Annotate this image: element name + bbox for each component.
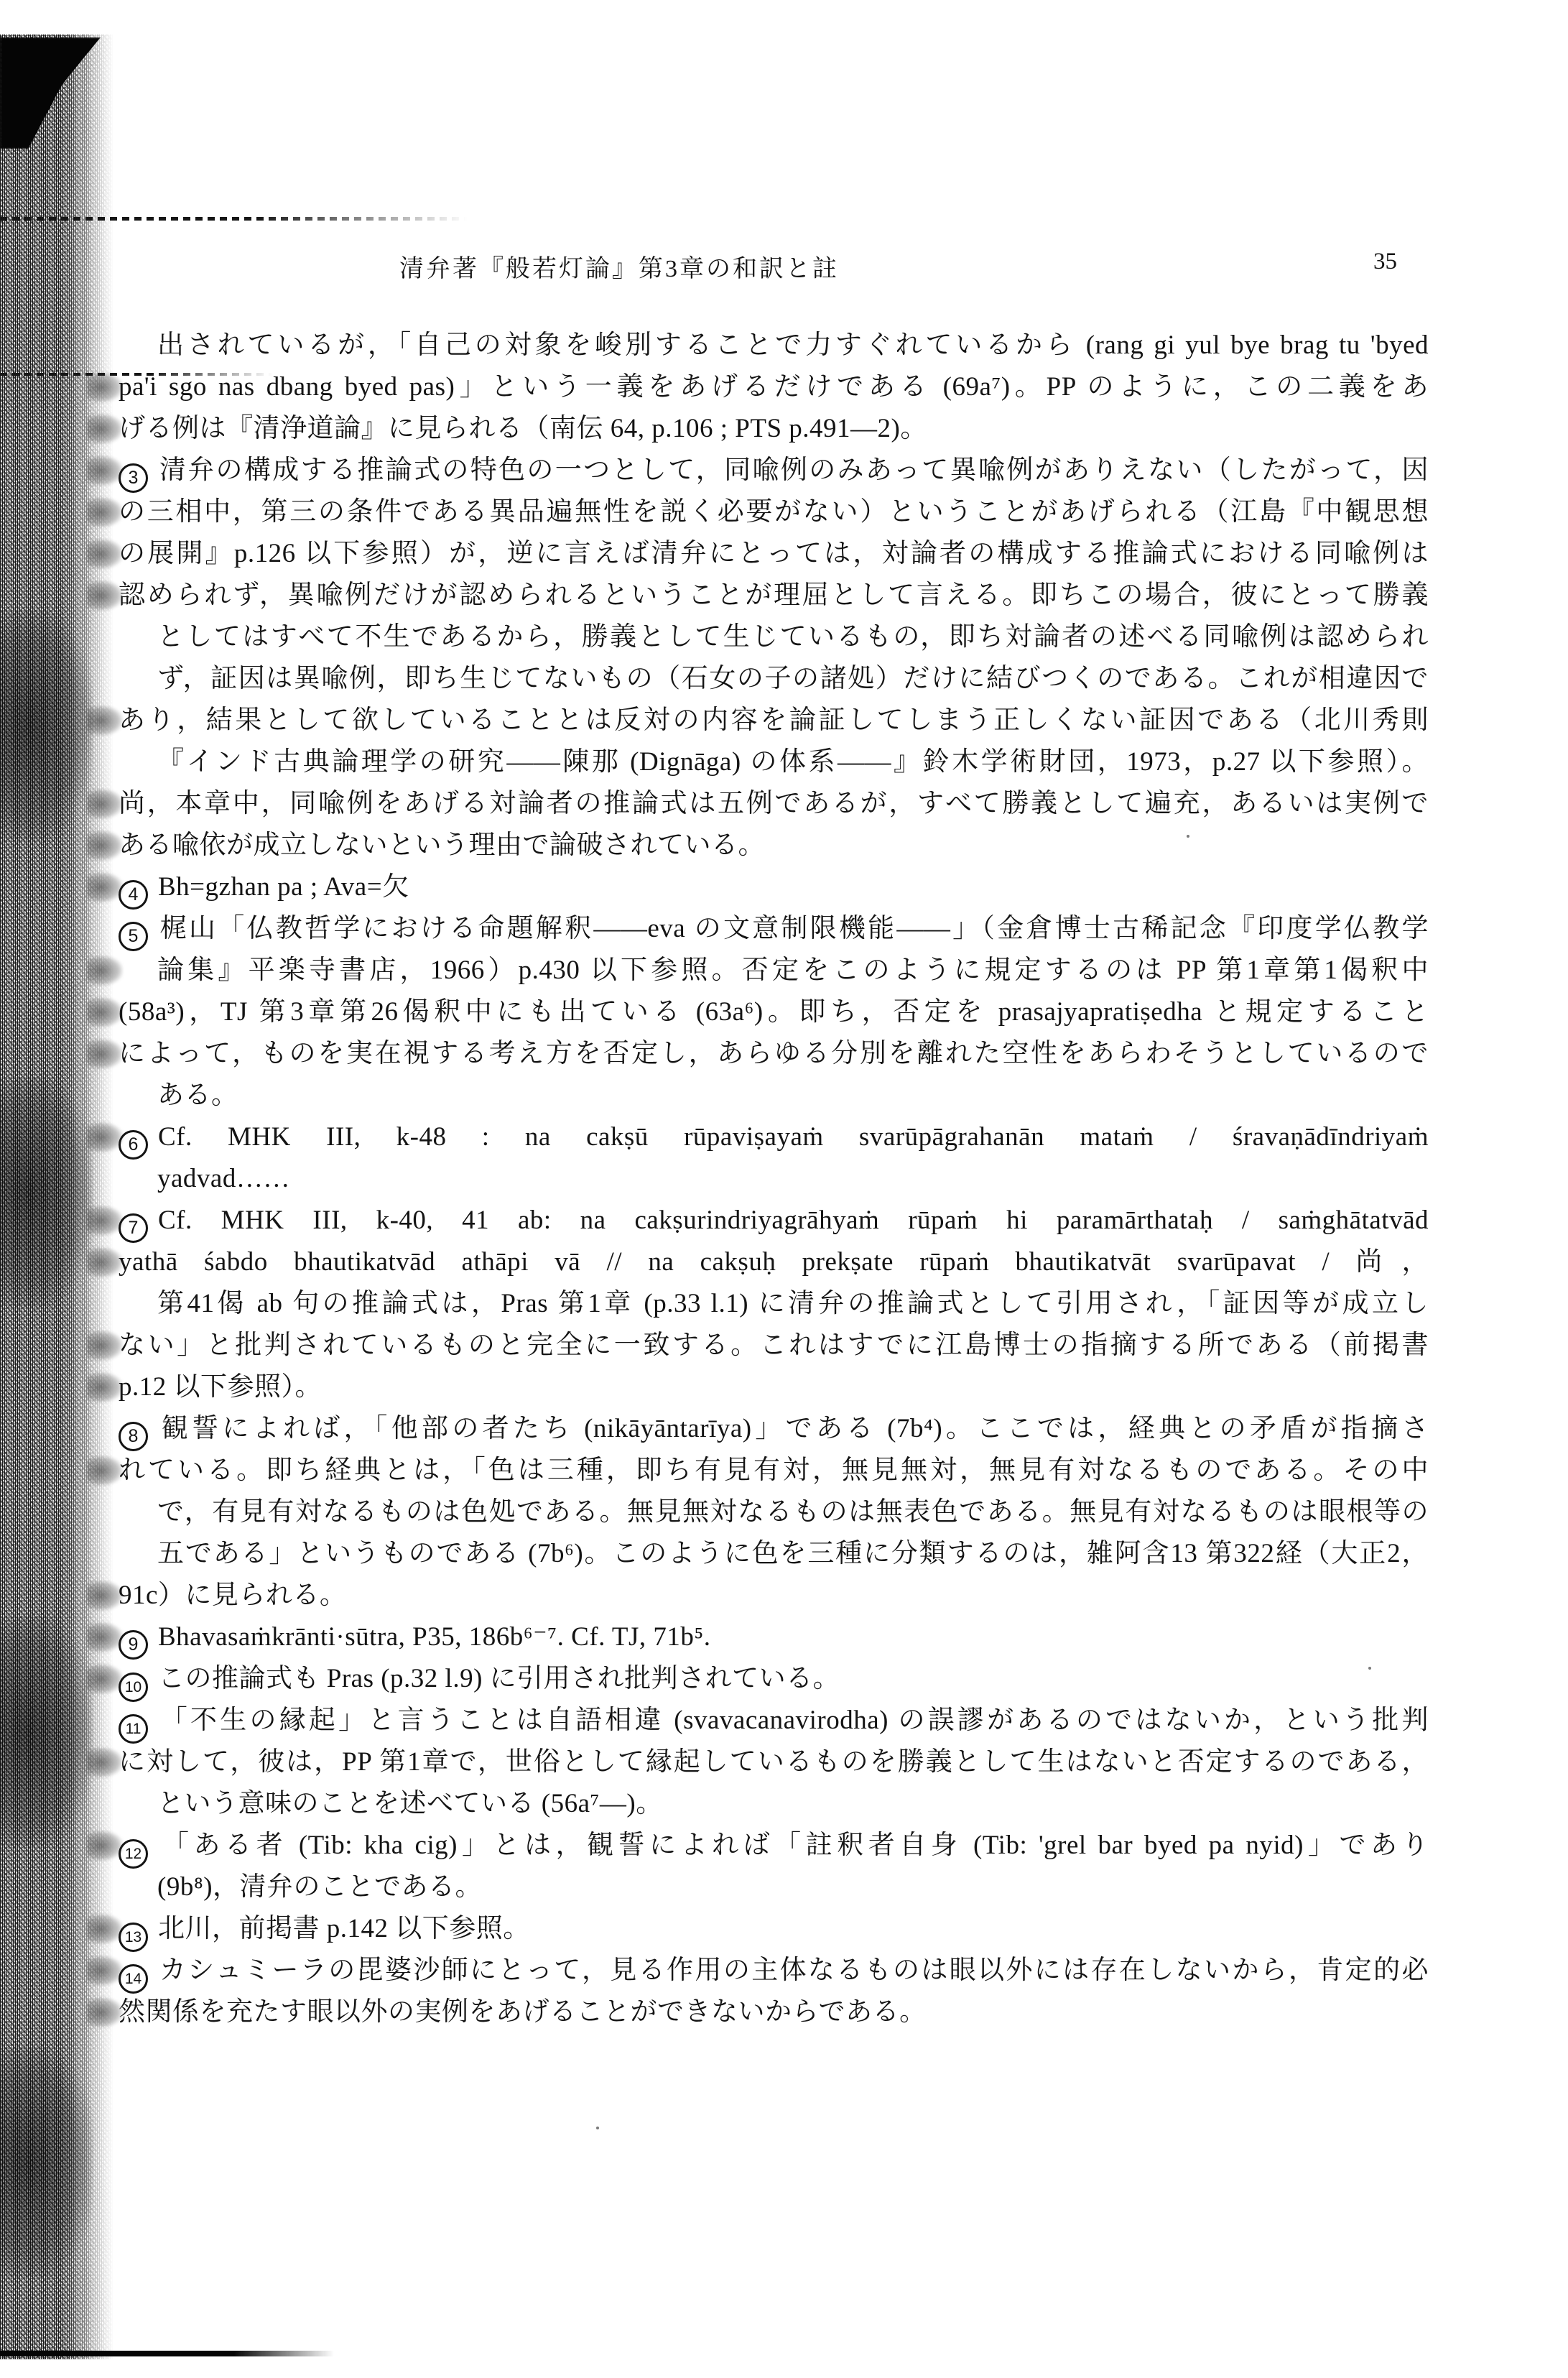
scan-bleedthrough-smudge	[87, 1664, 123, 1694]
body-text: 出されているが，「自己の対象を峻別することで力すぐれているから (rang gi…	[119, 325, 1429, 2033]
text-line-content: カシュミーラの毘婆沙師にとって，見る作用の主体なるものは眼以外には存在しないから…	[158, 1956, 1429, 1985]
page-number: 35	[1373, 249, 1397, 275]
text-line: れている。即ち経典とは，「色は三種，即ち有見有対，無見無対，無見有対なるものであ…	[119, 1450, 1429, 1491]
text-line: 13北川，前掲書 p.142 以下参照。	[119, 1908, 1429, 1950]
text-line-content: yathā śabdo bhautikatvād athāpi vā // na…	[119, 1247, 1429, 1277]
scan-bleedthrough-smudge	[87, 872, 123, 902]
scan-bleedthrough-smudge	[87, 580, 123, 611]
scan-bleedthrough-smudge	[87, 831, 123, 861]
scan-dark-patch	[0, 1078, 93, 1308]
text-line: げる例は『清浄道論』に見られる（南伝 64, p.106 ; PTS p.491…	[119, 408, 1429, 450]
text-line-content: 認められず，異喩例だけが認められるということが理屈として言える。即ちこの場合，彼…	[119, 580, 1429, 610]
text-line: の三相中，第三の条件である異品遍無性を説く必要がない）ということがあげられる（江…	[119, 491, 1429, 533]
scan-streak	[0, 217, 467, 221]
text-line: 尚，本章中，同喩例をあげる対論者の推論式は五例であるが，すべて勝義として遍充，あ…	[119, 783, 1429, 825]
text-line: yathā śabdo bhautikatvād athāpi vā // na…	[119, 1241, 1429, 1283]
scan-bleedthrough-smudge	[87, 1997, 123, 2027]
text-line: ず，証因は異喩例，即ち生じてないもの（石女の子の諸処）だけに結びつくのである。こ…	[119, 658, 1429, 700]
note-number-badge: 8	[119, 1422, 148, 1451]
text-line-content: 『インド古典論理学の研究——陳那 (Dignāga) の体系——』鈴木学術財団，…	[157, 747, 1429, 777]
scan-bleedthrough-smudge	[87, 455, 123, 486]
text-line: で，有見有対なるものは色処である。無見無対なるものは無表色である。無見有対なるも…	[119, 1491, 1429, 1533]
scan-bleedthrough-smudge	[87, 1956, 123, 1986]
scan-dark-patch	[0, 611, 93, 841]
text-line-content: の展開』p.126 以下参照）が，逆に言えば清弁にとっては，対論者の構成する推論…	[119, 539, 1429, 568]
scan-dark-patch	[0, 2048, 93, 2277]
scan-bleedthrough-smudge	[87, 1247, 123, 1277]
note-number-badge: 10	[119, 1673, 148, 1702]
text-line: 12「ある者 (Tib: kha cig)」とは，観誓によれば「註釈者自身 (T…	[119, 1825, 1429, 1866]
text-line: (58a³)，TJ 第3章第26偈釈中にも出ている (63a⁶)。即ち，否定を …	[119, 991, 1429, 1033]
text-line: 五である」というものである (7b⁶)。このように色を三種に分類するのは，雑阿含…	[119, 1533, 1429, 1575]
text-line: 14カシュミーラの毘婆沙師にとって，見る作用の主体なるものは眼以外には存在しない…	[119, 1950, 1429, 1991]
text-line-content: 出されているが，「自己の対象を峻別することで力すぐれているから (rang gi…	[157, 330, 1429, 360]
text-line: によって，ものを実在視する考え方を否定し，あらゆる分別を離れた空性をあらわそうと…	[119, 1033, 1429, 1075]
text-line: 出されているが，「自己の対象を峻別することで力すぐれているから (rang gi…	[119, 325, 1429, 366]
scan-bleedthrough-smudge	[87, 1456, 123, 1486]
text-line-content: 五である」というものである (7b⁶)。このように色を三種に分類するのは，雑阿含…	[157, 1539, 1429, 1568]
scan-bleedthrough-smudge	[87, 1039, 123, 1069]
text-line-content: この推論式も Pras (p.32 l.9) に引用され批判されている。	[158, 1664, 840, 1693]
note-number-badge: 7	[119, 1213, 148, 1243]
scan-bleedthrough-smudge	[87, 956, 123, 986]
scan-bleedthrough-smudge	[87, 1372, 123, 1402]
scan-bleedthrough-smudge	[87, 372, 123, 402]
scan-bleedthrough-smudge	[87, 497, 123, 527]
text-line-content: 然関係を充たす眼以外の実例をあげることができないからである。	[119, 1997, 927, 2027]
scan-bleedthrough-smudge	[87, 1581, 123, 1611]
text-line: に対して，彼は，PP 第1章で，世俗として縁起しているものを勝義として生はないと…	[119, 1741, 1429, 1783]
text-line: 然関係を充たす眼以外の実例をあげることができないからである。	[119, 1991, 1429, 2033]
text-line: 9Bhavasaṁkrānti·sūtra, P35, 186b⁶⁻⁷. Cf.…	[119, 1616, 1429, 1658]
text-line: 4Bh=gzhan pa ; Ava=欠	[119, 866, 1429, 908]
text-line: 8観誓によれば，「他部の者たち (nikāyāntarīya)」である (7b⁴…	[119, 1408, 1429, 1450]
text-line-content: という意味のことを述べている (56a⁷—)。	[157, 1789, 663, 1818]
text-line-content: yadvad……	[157, 1164, 290, 1193]
text-line: 7Cf. MHK III, k-40, 41 ab: na cakṣurindr…	[119, 1200, 1429, 1241]
text-line: (9b⁸)，清弁のことである。	[119, 1866, 1429, 1908]
scan-bleedthrough-smudge	[87, 1331, 123, 1361]
text-line: p.12 以下参照）。	[119, 1366, 1429, 1408]
text-line: ある。	[119, 1075, 1429, 1116]
text-line: pa'i sgo nas dbang byed pas)」という一義をあげるだけ…	[119, 366, 1429, 408]
note-number-badge: 4	[119, 880, 148, 910]
text-line-content: Bh=gzhan pa ; Ava=欠	[158, 872, 409, 902]
text-line-content: 「ある者 (Tib: kha cig)」とは，観誓によれば「註釈者自身 (Tib…	[158, 1831, 1429, 1860]
note-number-badge: 3	[119, 463, 148, 493]
text-line-content: 梶山「仏教哲学における命題解釈——eva の文意制限機能——」（金倉博士古稀記念…	[158, 914, 1429, 943]
text-line-content: 観誓によれば，「他部の者たち (nikāyāntarīya)」である (7b⁴)…	[158, 1414, 1429, 1443]
text-line-content: pa'i sgo nas dbang byed pas)」という一義をあげるだけ…	[119, 372, 1429, 402]
text-line-content: ある。	[157, 1081, 238, 1110]
scan-bottom-edge	[0, 2351, 334, 2356]
scan-bleedthrough-smudge	[87, 705, 123, 736]
text-line-content: れている。即ち経典とは，「色は三種，即ち有見有対，無見無対，無見有対なるものであ…	[119, 1456, 1429, 1485]
text-line-content: (58a³)，TJ 第3章第26偈釈中にも出ている (63a⁶)。即ち，否定を …	[119, 997, 1429, 1027]
text-line-content: ず，証因は異喩例，即ち生じてないもの（石女の子の諸処）だけに結びつくのである。こ…	[157, 664, 1429, 693]
text-line: という意味のことを述べている (56a⁷—)。	[119, 1783, 1429, 1825]
text-line-content: 論集』平楽寺書店，1966）p.430 以下参照。否定をこのように規定するのは …	[157, 956, 1429, 985]
note-number-badge: 12	[119, 1839, 148, 1869]
scan-bleedthrough-smudge	[87, 539, 123, 569]
text-line: の展開』p.126 以下参照）が，逆に言えば清弁にとっては，対論者の構成する推論…	[119, 533, 1429, 575]
text-line: 11「不生の縁起」と言うことは自語相違 (svavacanavirodha) の…	[119, 1700, 1429, 1741]
scan-speck	[596, 2127, 599, 2129]
text-line-content: に対して，彼は，PP 第1章で，世俗として縁起しているものを勝義として生はないと…	[119, 1747, 1429, 1777]
text-line-content: 北川，前掲書 p.142 以下参照。	[158, 1914, 530, 1943]
text-line: 6Cf. MHK III, k-48 : na cakṣū rūpaviṣaya…	[119, 1116, 1429, 1158]
text-line: yadvad……	[119, 1158, 1429, 1200]
text-line-content: 第41偈 ab 句の推論式は，Pras 第1章 (p.33 l.1) に清弁の推…	[157, 1289, 1429, 1318]
note-number-badge: 13	[119, 1923, 148, 1952]
text-line: 5梶山「仏教哲学における命題解釈——eva の文意制限機能——」（金倉博士古稀記…	[119, 908, 1429, 950]
text-line: 認められず，異喩例だけが認められるということが理屈として言える。即ちこの場合，彼…	[119, 575, 1429, 616]
text-line-content: 91c）に見られる。	[119, 1581, 346, 1610]
scan-bleedthrough-smudge	[87, 1622, 123, 1652]
scan-bleedthrough-smudge	[87, 1914, 123, 1944]
scan-bleedthrough-smudge	[87, 1747, 123, 1777]
text-line-content: ある喩依が成立しないという理由で論破されている。	[119, 831, 765, 860]
note-number-badge: 6	[119, 1130, 148, 1160]
text-line-content: げる例は『清浄道論』に見られる（南伝 64, p.106 ; PTS p.491…	[119, 414, 927, 443]
text-line-content: としてはすべて不生であるから，勝義として生じているもの，即ち対論者の述べる同喩例…	[157, 622, 1429, 652]
note-number-badge: 14	[119, 1964, 148, 1994]
text-line: あり，結果として欲していることとは反対の内容を論証してしまう正しくない証因である…	[119, 700, 1429, 741]
text-line-content: で，有見有対なるものは色処である。無見無対なるものは無表色である。無見有対なるも…	[157, 1497, 1429, 1527]
scan-bleedthrough-smudge	[87, 1206, 123, 1236]
text-line-content: Bhavasaṁkrānti·sūtra, P35, 186b⁶⁻⁷. Cf. …	[158, 1622, 711, 1652]
text-line-content: p.12 以下参照）。	[119, 1372, 322, 1402]
scan-bleedthrough-smudge	[87, 414, 123, 444]
text-line-content: 「不生の縁起」と言うことは自語相違 (svavacanavirodha) の誤謬…	[158, 1706, 1429, 1735]
text-line: 91c）に見られる。	[119, 1575, 1429, 1616]
text-line-content: (9b⁸)，清弁のことである。	[157, 1872, 482, 1902]
text-line-content: Cf. MHK III, k-48 : na cakṣū rūpaviṣayaṁ…	[158, 1122, 1429, 1152]
text-line: 論集』平楽寺書店，1966）p.430 以下参照。否定をこのように規定するのは …	[119, 950, 1429, 991]
text-line-content: 尚，本章中，同喩例をあげる対論者の推論式は五例であるが，すべて勝義として遍充，あ…	[119, 789, 1429, 818]
scan-bleedthrough-smudge	[87, 1122, 123, 1152]
scanned-paper-page: 清弁著『般若灯論』第3章の和訳と註 35 出されているが，「自己の対象を峻別する…	[0, 0, 1568, 2378]
note-number-badge: 5	[119, 922, 148, 951]
text-line: 10この推論式も Pras (p.32 l.9) に引用され批判されている。	[119, 1658, 1429, 1700]
note-number-badge: 9	[119, 1630, 148, 1660]
text-line: 3清弁の構成する推論式の特色の一つとして，同喩例のみあって異喩例がありえない（し…	[119, 450, 1429, 491]
scan-bleedthrough-smudge	[87, 789, 123, 819]
text-line-content: Cf. MHK III, k-40, 41 ab: na cakṣurindri…	[158, 1206, 1429, 1235]
text-line-content: の三相中，第三の条件である異品遍無性を説く必要がない）ということがあげられる（江…	[119, 497, 1429, 527]
text-line-content: ない」と批判されているものと完全に一致する。これはすでに江島博士の指摘する所であ…	[119, 1331, 1429, 1360]
text-line: 第41偈 ab 句の推論式は，Pras 第1章 (p.33 l.1) に清弁の推…	[119, 1283, 1429, 1325]
text-line: としてはすべて不生であるから，勝義として生じているもの，即ち対論者の述べる同喩例…	[119, 616, 1429, 658]
running-head-title: 清弁著『般若灯論』第3章の和訳と註	[399, 249, 839, 284]
text-line-content: 清弁の構成する推論式の特色の一つとして，同喩例のみあって異喩例がありえない（した…	[158, 455, 1429, 485]
text-line: 『インド古典論理学の研究——陳那 (Dignāga) の体系——』鈴木学術財団，…	[119, 741, 1429, 783]
text-line-content: によって，ものを実在視する考え方を否定し，あらゆる分別を離れた空性をあらわそうと…	[119, 1039, 1429, 1068]
scan-bleedthrough-smudge	[87, 997, 123, 1027]
text-line-content: あり，結果として欲していることとは反対の内容を論証してしまう正しくない証因である…	[119, 705, 1429, 735]
note-number-badge: 11	[119, 1714, 148, 1744]
scan-dark-patch	[0, 1616, 93, 1846]
text-line: ある喩依が成立しないという理由で論破されている。	[119, 825, 1429, 866]
scan-bleedthrough-smudge	[87, 1831, 123, 1861]
text-line: ない」と批判されているものと完全に一致する。これはすでに江島博士の指摘する所であ…	[119, 1325, 1429, 1366]
